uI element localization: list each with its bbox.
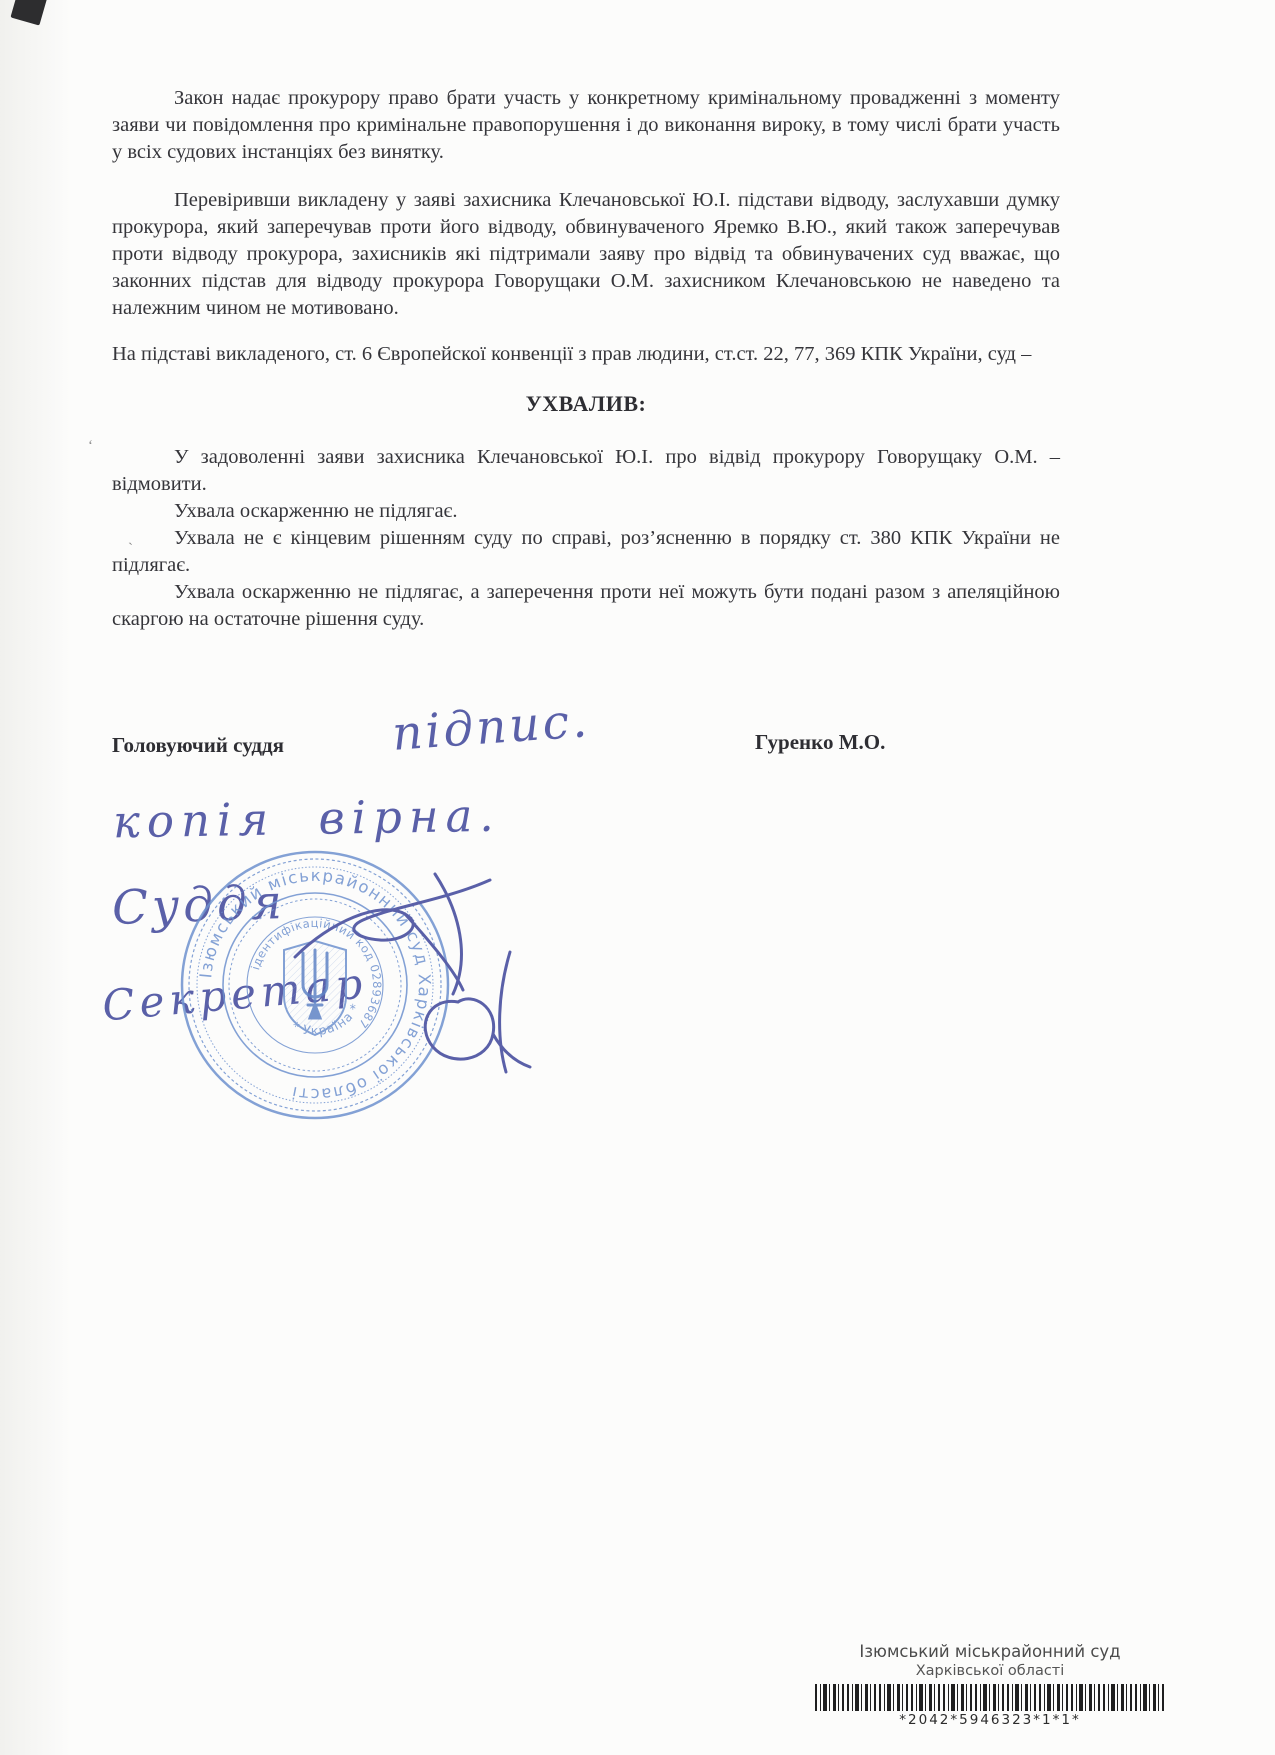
barcode-text: *2042*5946323*1*1* bbox=[805, 1712, 1175, 1728]
decision-objections: Ухвала оскарженню не підлягає, а запереч… bbox=[112, 579, 1060, 633]
presiding-judge-label: Головуючий суддя bbox=[112, 733, 284, 758]
scan-edge-artifact bbox=[0, 0, 95, 1755]
judge-name: Гуренко М.О. bbox=[755, 730, 885, 755]
decision-not-final: Ухвала не є кінцевим рішенням суду по сп… bbox=[112, 525, 1060, 579]
barcode bbox=[815, 1684, 1165, 1711]
footer-region: Харківської області bbox=[805, 1662, 1175, 1680]
scan-corner-mark bbox=[10, 0, 47, 26]
handwritten-signature-note: підпис. bbox=[390, 693, 591, 762]
handwritten-copy-note: копія вірна. bbox=[113, 789, 501, 849]
court-round-stamp: Ізюмський міськрайонний суд Харківської … bbox=[175, 845, 455, 1125]
footer-court-name: Ізюмський міськрайонний суд bbox=[805, 1642, 1175, 1662]
court-footer-label: Ізюмський міськрайонний суд Харківської … bbox=[805, 1642, 1175, 1728]
scan-speck: ʻ bbox=[88, 438, 93, 455]
scanned-court-document-page: ʻ ˎ Закон надає прокурору право брати уч… bbox=[0, 0, 1275, 1755]
paragraph-review: Перевіривши викладену у заяві захисника … bbox=[112, 187, 1060, 322]
paragraph-law-basis: Закон надає прокурору право брати участь… bbox=[112, 85, 1060, 166]
ruling-heading: УХВАЛИВ: bbox=[112, 389, 1060, 418]
document-body: Закон надає прокурору право брати участь… bbox=[112, 0, 1060, 633]
decision-no-appeal: Ухвала оскарженню не підлягає. bbox=[112, 498, 1060, 525]
decision-refuse: У задоволенні заяви захисника Клечановсь… bbox=[112, 444, 1060, 498]
paragraph-legal-grounds: На підставі викладеного, ст. 6 Європейск… bbox=[112, 341, 1060, 368]
trident-emblem-icon bbox=[284, 941, 346, 1035]
